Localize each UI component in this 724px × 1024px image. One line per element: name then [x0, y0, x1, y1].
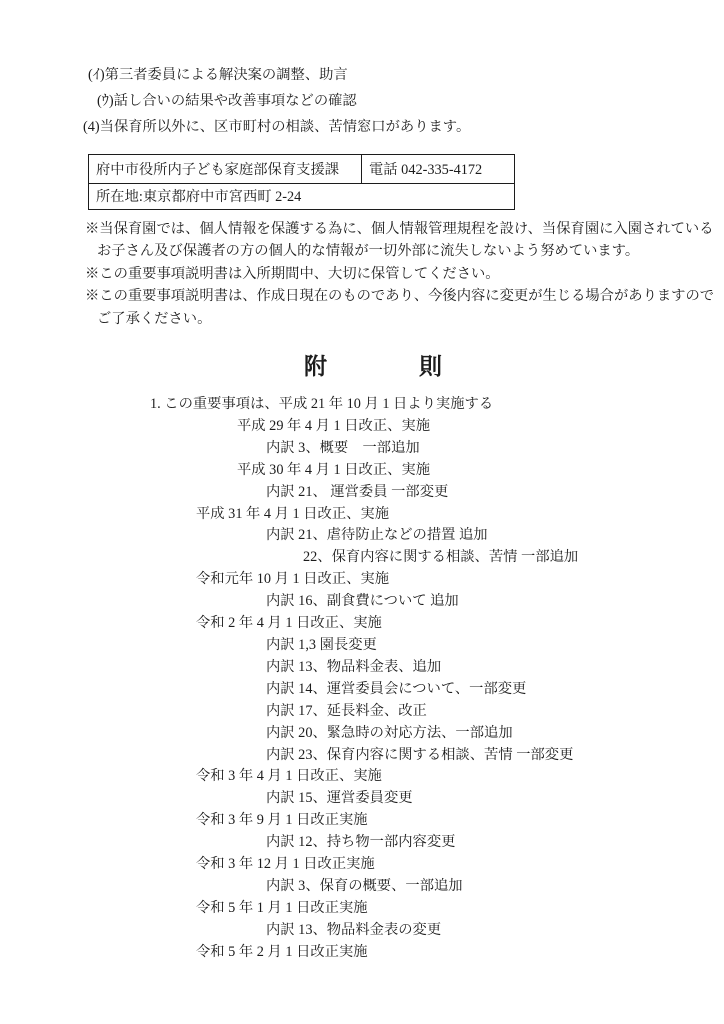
appendix-line: 内訳 16、副食費について 追加	[266, 591, 708, 613]
appendix-line: 内訳 20、緊急時の対応方法、一部追加	[266, 723, 708, 745]
contact-department-cell: 府中市役所内子ども家庭部保育支援課	[89, 155, 362, 184]
note-keep-document: ※この重要事項説明書は入所期間中、大切に保管してください。	[85, 263, 708, 285]
appendix-line: 令和 2 年 4 月 1 日改正、実施	[196, 613, 708, 635]
appendix-line: 令和 5 年 1 月 1 日改正実施	[196, 898, 708, 920]
table-row: 所在地:東京都府中市宮西町 2-24	[89, 184, 515, 210]
appendix-line: 内訳 3、概要 一部追加	[266, 438, 708, 460]
note-subject-to-change-2: ご了承ください。	[97, 308, 708, 330]
appendix-line: 令和 5 年 2 月 1 日改正実施	[196, 942, 708, 964]
appendix-line: 1. この重要事項は、平成 21 年 10 月 1 日より実施する	[150, 394, 708, 416]
appendix-amendment-history: 1. この重要事項は、平成 21 年 10 月 1 日より実施する 平成 29 …	[83, 394, 708, 964]
appendix-line: 令和 3 年 4 月 1 日改正、実施	[196, 766, 708, 788]
appendix-line: 内訳 15、運営委員変更	[266, 788, 708, 810]
appendix-line: 内訳 13、物品料金表、追加	[266, 657, 708, 679]
appendix-line: 内訳 21、虐待防止などの措置 追加	[266, 525, 708, 547]
notes-section: ※当保育園では、個人情報を保護する為に、個人情報管理規程を設け、当保育園に入園さ…	[83, 218, 708, 330]
note-subject-to-change-1: ※この重要事項説明書は、作成日現在のものであり、今後内容に変更が生じる場合があり…	[85, 285, 708, 307]
note-privacy-1: ※当保育園では、個人情報を保護する為に、個人情報管理規程を設け、当保育園に入園さ…	[85, 218, 708, 240]
intro-line-third-party: (ｲ)第三者委員による解決案の調整、助言	[88, 62, 708, 88]
appendix-line: 平成 31 年 4 月 1 日改正、実施	[196, 504, 708, 526]
contact-table: 府中市役所内子ども家庭部保育支援課 電話 042-335-4172 所在地:東京…	[88, 154, 515, 210]
appendix-line: 平成 29 年 4 月 1 日改正、実施	[237, 416, 708, 438]
intro-line-discussion-result: (ｳ)話し合いの結果や改善事項などの確認	[97, 88, 708, 114]
appendix-line: 22、保育内容に関する相談、苦情 一部追加	[303, 547, 708, 569]
appendix-line: 内訳 23、保育内容に関する相談、苦情 一部変更	[266, 745, 708, 767]
contact-address-cell: 所在地:東京都府中市宮西町 2-24	[89, 184, 515, 210]
appendix-line: 内訳 14、運営委員会について、一部変更	[266, 679, 708, 701]
appendix-line: 内訳 12、持ち物一部内容変更	[266, 832, 708, 854]
appendix-line: 令和 3 年 9 月 1 日改正実施	[196, 810, 708, 832]
appendix-heading: 附 則	[83, 352, 663, 382]
appendix-line: 内訳 13、物品料金表の変更	[266, 920, 708, 942]
document-page: (ｲ)第三者委員による解決案の調整、助言 (ｳ)話し合いの結果や改善事項などの確…	[0, 0, 724, 1024]
appendix-line: 内訳 3、保育の概要、一部追加	[266, 876, 708, 898]
appendix-line: 内訳 17、延長料金、改正	[266, 701, 708, 723]
table-row: 府中市役所内子ども家庭部保育支援課 電話 042-335-4172	[89, 155, 515, 184]
appendix-line: 内訳 1,3 園長変更	[266, 635, 708, 657]
note-privacy-2: お子さん及び保護者の方の個人的な情報が一切外部に流失しないよう努めています。	[97, 240, 708, 262]
intro-line-other-contact: (4)当保育所以外に、区市町村の相談、苦情窓口があります。	[83, 114, 708, 140]
appendix-line: 令和元年 10 月 1 日改正、実施	[196, 569, 708, 591]
contact-phone-cell: 電話 042-335-4172	[362, 155, 515, 184]
complaint-resolution-list: (ｲ)第三者委員による解決案の調整、助言 (ｳ)話し合いの結果や改善事項などの確…	[83, 62, 708, 140]
appendix-line: 令和 3 年 12 月 1 日改正実施	[196, 854, 708, 876]
appendix-line: 平成 30 年 4 月 1 日改正、実施	[237, 460, 708, 482]
appendix-line: 内訳 21、 運営委員 一部変更	[266, 482, 708, 504]
